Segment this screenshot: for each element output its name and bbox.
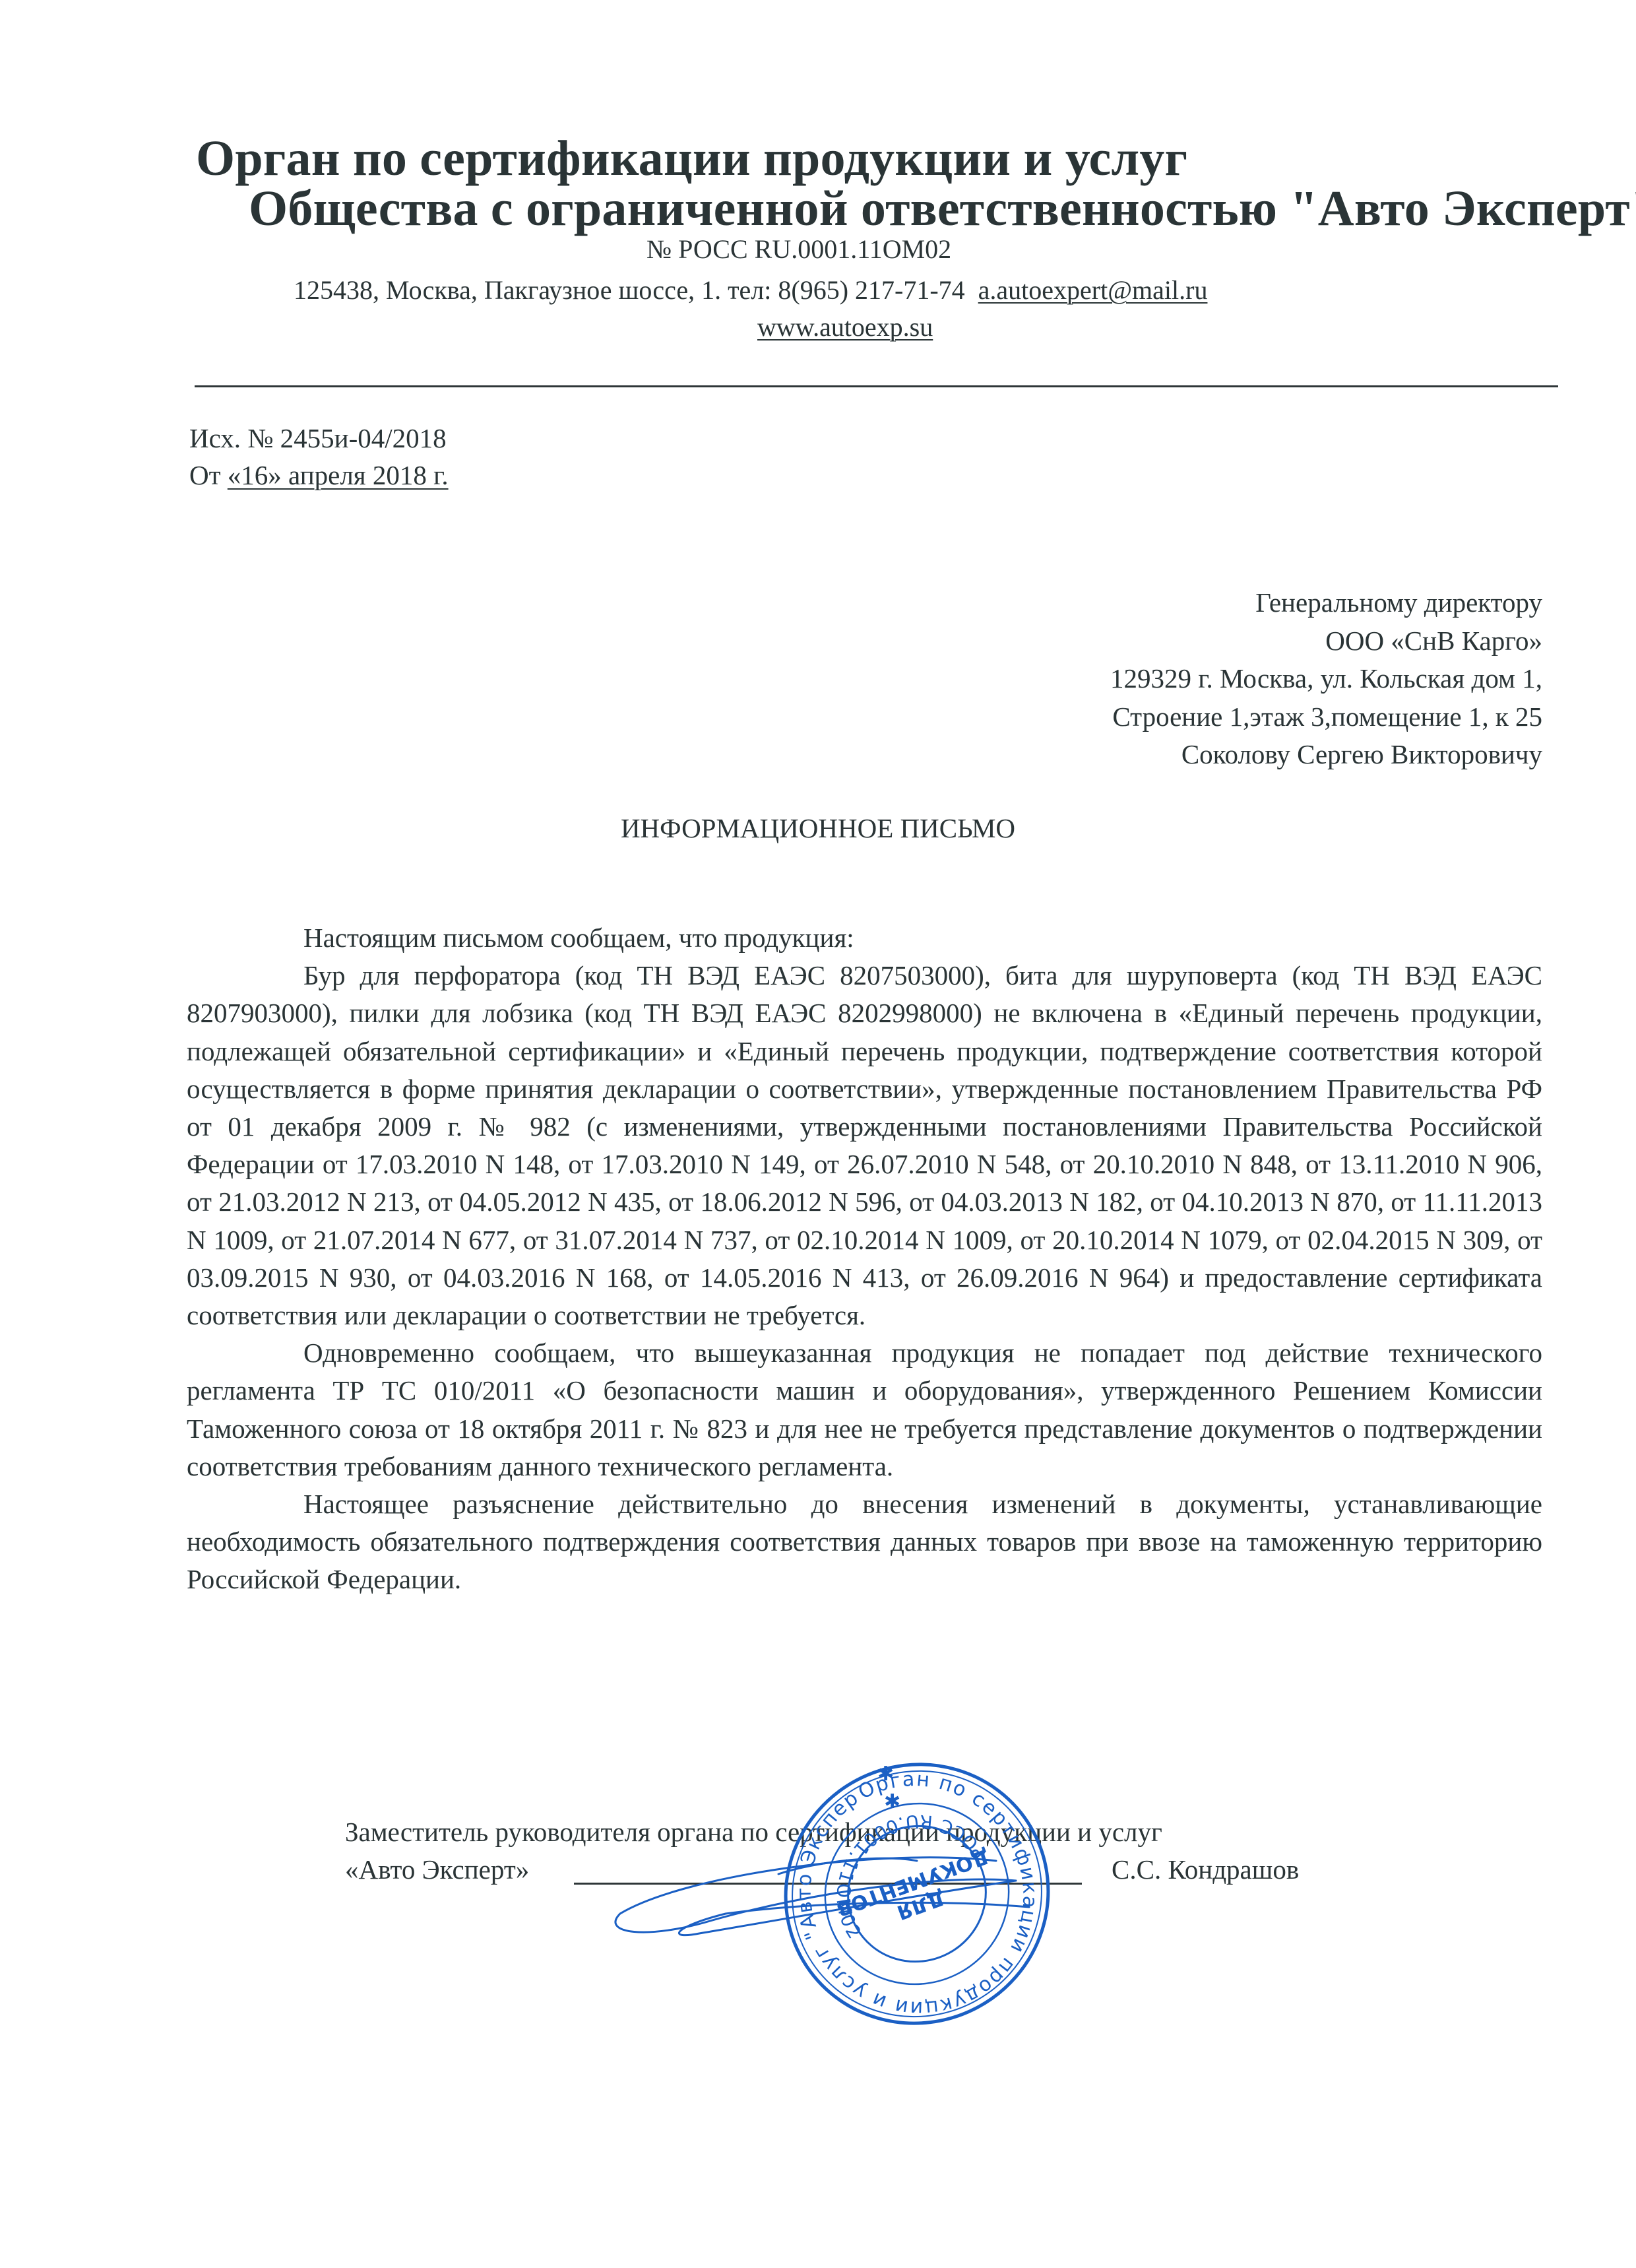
signature-block: Заместитель руководителя органа по серти…	[345, 1813, 1162, 1889]
letter-date: От «16» апреля 2018 г.	[189, 457, 449, 494]
signer-position-line1: Заместитель руководителя органа по серти…	[345, 1813, 1162, 1851]
recipient-address-line1: 129329 г. Москва, ул. Кольская дом 1,	[1110, 660, 1542, 698]
stamp-center-line1: ДЛЯ	[894, 1885, 948, 1924]
website-link[interactable]: www.autoexp.su	[757, 312, 933, 342]
signature-line	[574, 1883, 1082, 1885]
letterhead-contacts: 125438, Москва, Пакгаузное шоссе, 1. тел…	[294, 277, 1207, 304]
letterhead-divider	[195, 385, 1558, 387]
letter-reference: Исх. № 2455и-04/2018 От «16» апреля 2018…	[189, 420, 449, 494]
recipient-name: Соколову Сергею Викторовичу	[1110, 736, 1542, 774]
svg-text:✱: ✱	[884, 1790, 900, 1813]
body-paragraph-regulation: Одновременно сообщаем, что вышеуказанная…	[187, 1334, 1542, 1485]
letter-body: Настоящим письмом сообщаем, что продукци…	[187, 919, 1542, 1599]
official-stamp-icon: Орган по сертификации продукции и услуг …	[759, 1742, 1075, 2046]
outgoing-number: Исх. № 2455и-04/2018	[189, 420, 449, 457]
body-paragraph-products: Бур для перфоратора (код ТН ВЭД ЕАЭС 820…	[187, 957, 1542, 1334]
recipient-company: ООО «СнВ Карго»	[1110, 622, 1542, 661]
website-line: www.autoexp.su	[757, 314, 933, 340]
document-title: ИНФОРМАЦИОННОЕ ПИСЬМО	[0, 815, 1636, 842]
date-prefix: От	[189, 460, 221, 490]
stamp-outer-text: Орган по сертификации продукции и услуг …	[759, 1742, 1075, 2046]
body-paragraph-validity: Настоящее разъяснение действительно до в…	[187, 1485, 1542, 1599]
body-paragraph-intro: Настоящим письмом сообщаем, что продукци…	[187, 919, 1542, 957]
certification-number: № РОСС RU.0001.11ОМ02	[646, 236, 951, 263]
recipient-position: Генеральному директору	[1110, 584, 1542, 622]
recipient-address-line2: Строение 1,этаж 3,помещение 1, к 25	[1110, 698, 1542, 736]
svg-text:Орган по сертификации продукци: Орган по сертификации продукции и услуг …	[759, 1742, 1075, 2046]
email-link[interactable]: a.autoexpert@mail.ru	[978, 275, 1208, 305]
letterhead-org-line2: Общества с ограниченной ответственностью…	[249, 183, 1636, 234]
signer-name: С.С. Кондрашов	[1112, 1851, 1299, 1889]
recipient-block: Генеральному директору ООО «СнВ Карго» 1…	[1110, 584, 1542, 774]
letterhead-address: 125438, Москва, Пакгаузное шоссе, 1. тел…	[294, 275, 965, 305]
svg-text:✱: ✱	[877, 1763, 894, 1786]
letterhead-org-line1: Орган по сертификации продукции и услуг	[196, 133, 1187, 183]
date-value: «16» апреля 2018 г.	[228, 460, 449, 490]
